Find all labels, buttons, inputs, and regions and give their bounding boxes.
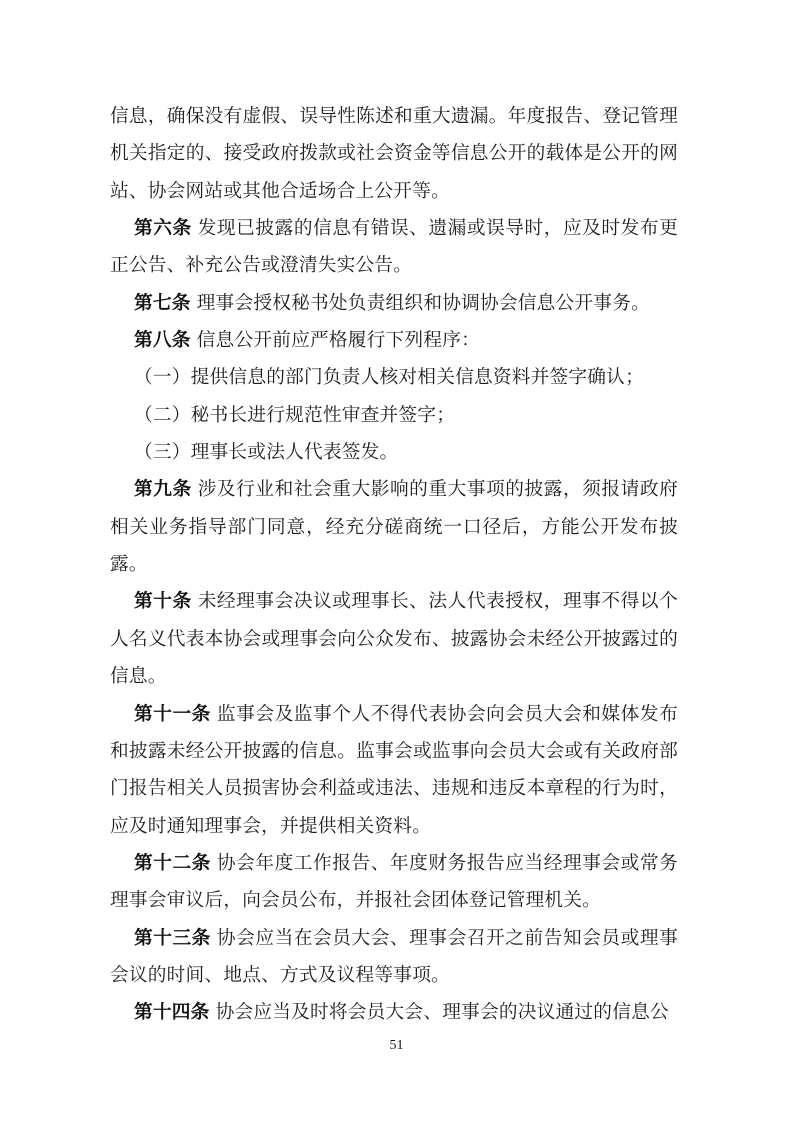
article-number: 第十三条	[134, 928, 211, 949]
list-item: （二）秘书长进行规范性审查并签字；	[110, 397, 678, 434]
paragraph: 信息，确保没有虚假、误导性陈述和重大遗漏。年度报告、登记管理机关指定的、接受政府…	[110, 98, 678, 210]
paragraph-text: （一）提供信息的部门负责人核对相关信息资料并签字确认；	[134, 367, 644, 388]
paragraph-text: （二）秘书长进行规范性审查并签字；	[134, 405, 455, 426]
paragraph-text: 未经理事会决议或理事长、法人代表授权，理事不得以个人名义代表本协会或理事会向公众…	[110, 591, 678, 687]
article-number: 第八条	[134, 330, 191, 351]
article-number: 第十四条	[134, 1002, 210, 1023]
paragraph: 第十三条协会应当在会员大会、理事会召开之前告知会员或理事会议的时间、地点、方式及…	[110, 920, 678, 995]
paragraph: 第七条理事会授权秘书处负责组织和协调协会信息公开事务。	[110, 285, 678, 322]
paragraph-text: 信息，确保没有虚假、误导性陈述和重大遗漏。年度报告、登记管理机关指定的、接受政府…	[110, 106, 678, 202]
article-number: 第十二条	[134, 853, 211, 874]
paragraph: 第十四条协会应当及时将会员大会、理事会的决议通过的信息公	[110, 994, 678, 1031]
article-number: 第十一条	[134, 704, 211, 725]
paragraph-text: 信息公开前应严格履行下列程序：	[197, 330, 480, 351]
article-number: 第六条	[134, 218, 192, 239]
paragraph: 第九条涉及行业和社会重大影响的重大事项的披露，须报请政府相关业务指导部门同意，经…	[110, 471, 678, 583]
paragraph-text: （三）理事长或法人代表签发。	[134, 442, 398, 463]
page-footer: 51	[0, 1036, 793, 1056]
paragraph: 第八条信息公开前应严格履行下列程序：	[110, 322, 678, 359]
article-number: 第九条	[134, 479, 192, 500]
paragraph: 第十一条监事会及监事个人不得代表协会向会员大会和媒体发布和披露未经公开披露的信息…	[110, 696, 678, 845]
paragraph-text: 理事会授权秘书处负责组织和协调协会信息公开事务。	[197, 293, 650, 314]
article-number: 第十条	[134, 591, 192, 612]
page-number: 51	[390, 1038, 404, 1053]
paragraph-text: 涉及行业和社会重大影响的重大事项的披露，须报请政府相关业务指导部门同意，经充分磋…	[110, 479, 678, 575]
list-item: （一）提供信息的部门负责人核对相关信息资料并签字确认；	[110, 359, 678, 396]
document-body: 信息，确保没有虚假、误导性陈述和重大遗漏。年度报告、登记管理机关指定的、接受政府…	[110, 98, 678, 1032]
paragraph-text: 发现已披露的信息有错误、遗漏或误导时，应及时发布更正公告、补充公告或澄清失实公告…	[110, 218, 678, 276]
list-item: （三）理事长或法人代表签发。	[110, 434, 678, 471]
paragraph: 第六条发现已披露的信息有错误、遗漏或误导时，应及时发布更正公告、补充公告或澄清失…	[110, 210, 678, 285]
paragraph-text: 协会应当及时将会员大会、理事会的决议通过的信息公	[216, 1002, 669, 1023]
document-page: 信息，确保没有虚假、误导性陈述和重大遗漏。年度报告、登记管理机关指定的、接受政府…	[0, 0, 793, 1122]
article-number: 第七条	[134, 293, 191, 314]
paragraph: 第十条未经理事会决议或理事长、法人代表授权，理事不得以个人名义代表本协会或理事会…	[110, 583, 678, 695]
paragraph: 第十二条协会年度工作报告、年度财务报告应当经理事会或常务理事会审议后，向会员公布…	[110, 845, 678, 920]
